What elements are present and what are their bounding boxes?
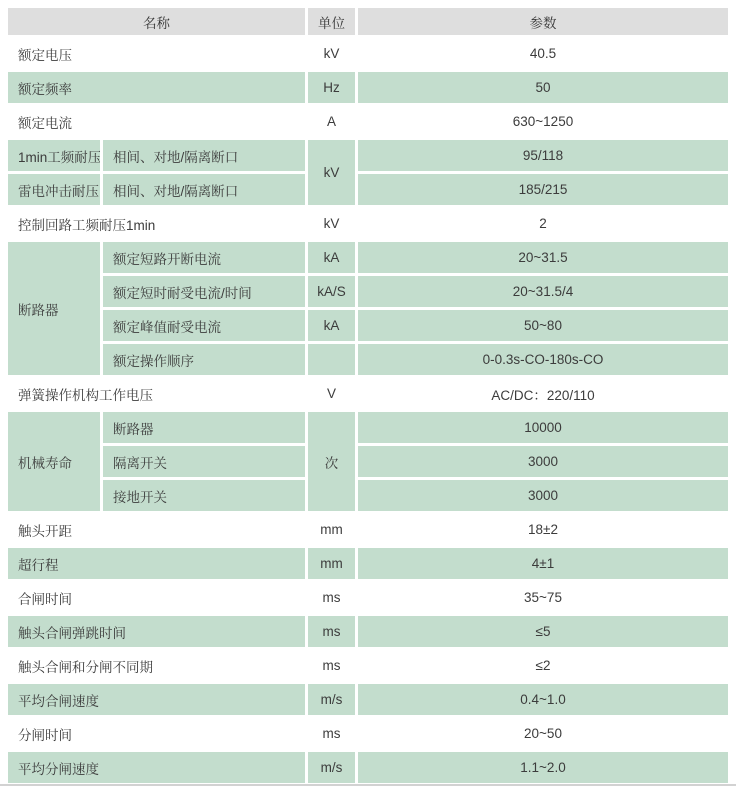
spec-param-cell: ≤2: [358, 650, 728, 681]
spec-name-cell: 平均分闸速度: [8, 752, 305, 783]
spec-param-cell: 3000: [358, 446, 728, 477]
spec-param-cell: 95/118: [358, 140, 728, 171]
header-name: 名称: [8, 8, 305, 35]
spec-unit-cell: m/s: [308, 752, 355, 783]
spec-param-cell: AC/DC：220/110: [358, 378, 728, 409]
spec-name-cell: 超行程: [8, 548, 305, 579]
spec-name-cell: 分闸时间: [8, 718, 305, 749]
spec-unit-cell: ms: [308, 650, 355, 681]
spec-unit-cell: Hz: [308, 72, 355, 103]
spec-param-cell: 20~31.5/4: [358, 276, 728, 307]
spec-name-cell: 1min工频耐压: [8, 140, 100, 171]
table-row: 超行程 mm 4±1: [8, 548, 728, 579]
spec-unit-cell: mm: [308, 514, 355, 545]
table-row: 额定电压 kV 40.5: [8, 38, 728, 69]
spec-name-cell: 接地开关: [103, 480, 305, 511]
table-row: 触头合闸和分闸不同期 ms ≤2: [8, 650, 728, 681]
table-row: 机械寿命 断路器 次 10000: [8, 412, 728, 443]
spec-unit-cell: kV: [308, 140, 355, 205]
spec-name-cell: 弹簧操作机构工作电压: [8, 378, 305, 409]
group-label-cell: 机械寿命: [8, 412, 100, 511]
spec-name-cell: 断路器: [103, 412, 305, 443]
spec-name-cell: 额定峰值耐受电流: [103, 310, 305, 341]
spec-name-cell: 额定频率: [8, 72, 305, 103]
spec-unit-cell: ms: [308, 616, 355, 647]
spec-param-cell: 20~31.5: [358, 242, 728, 273]
spec-param-cell: 4±1: [358, 548, 728, 579]
spec-unit-cell: A: [308, 106, 355, 137]
table-row: 触头开距 mm 18±2: [8, 514, 728, 545]
spec-unit-cell: ms: [308, 582, 355, 613]
spec-name-cell: 触头合闸弹跳时间: [8, 616, 305, 647]
spec-param-cell: 185/215: [358, 174, 728, 205]
table-row: 弹簧操作机构工作电压 V AC/DC：220/110: [8, 378, 728, 409]
spec-unit-cell: V: [308, 378, 355, 409]
spec-param-cell: 1.1~2.0: [358, 752, 728, 783]
spec-param-cell: 50~80: [358, 310, 728, 341]
spec-name-cell: 合闸时间: [8, 582, 305, 613]
spec-param-cell: 2: [358, 208, 728, 239]
table-row: 额定电流 A 630~1250: [8, 106, 728, 137]
spec-unit-cell: ms: [308, 718, 355, 749]
spec-param-cell: 20~50: [358, 718, 728, 749]
spec-name-cell: 触头开距: [8, 514, 305, 545]
spec-name-cell: 控制回路工频耐压1min: [8, 208, 305, 239]
spec-param-cell: 35~75: [358, 582, 728, 613]
spec-scope-cell: 相间、对地/隔离断口: [103, 140, 305, 171]
spec-param-cell: 10000: [358, 412, 728, 443]
header-param: 参数: [358, 8, 728, 35]
spec-unit-cell: kV: [308, 208, 355, 239]
spec-unit-cell: kV: [308, 38, 355, 69]
header-row: 名称 单位 参数: [8, 8, 728, 35]
table-row: 1min工频耐压 相间、对地/隔离断口 kV 95/118: [8, 140, 728, 171]
table-row: 触头合闸弹跳时间 ms ≤5: [8, 616, 728, 647]
spec-table: 名称 单位 参数 额定电压 kV 40.5 额定频率 Hz 50 额定电流 A …: [5, 5, 731, 786]
spec-unit-cell: m/s: [308, 684, 355, 715]
spec-unit-cell: kA/S: [308, 276, 355, 307]
spec-unit-cell: kA: [308, 242, 355, 273]
spec-param-cell: 50: [358, 72, 728, 103]
spec-name-cell: 额定短路开断电流: [103, 242, 305, 273]
spec-param-cell: 0-0.3s-CO-180s-CO: [358, 344, 728, 375]
spec-unit-cell: mm: [308, 548, 355, 579]
table-row: 平均合闸速度 m/s 0.4~1.0: [8, 684, 728, 715]
spec-name-cell: 额定电流: [8, 106, 305, 137]
spec-unit-cell: kA: [308, 310, 355, 341]
table-row: 接地开关 3000: [8, 480, 728, 511]
table-row: 断路器 额定短路开断电流 kA 20~31.5: [8, 242, 728, 273]
table-row: 雷电冲击耐压 相间、对地/隔离断口 185/215: [8, 174, 728, 205]
spec-name-cell: 额定短时耐受电流/时间: [103, 276, 305, 307]
group-label-cell: 断路器: [8, 242, 100, 375]
spec-param-cell: 0.4~1.0: [358, 684, 728, 715]
header-unit: 单位: [308, 8, 355, 35]
table-row: 额定短时耐受电流/时间 kA/S 20~31.5/4: [8, 276, 728, 307]
spec-name-cell: 额定操作顺序: [103, 344, 305, 375]
spec-name-cell: 额定电压: [8, 38, 305, 69]
spec-scope-cell: 相间、对地/隔离断口: [103, 174, 305, 205]
spec-param-cell: 40.5: [358, 38, 728, 69]
bottom-divider: [0, 784, 736, 786]
spec-unit-cell: 次: [308, 412, 355, 511]
table-row: 控制回路工频耐压1min kV 2: [8, 208, 728, 239]
spec-name-cell: 触头合闸和分闸不同期: [8, 650, 305, 681]
spec-param-cell: ≤5: [358, 616, 728, 647]
spec-param-cell: 18±2: [358, 514, 728, 545]
table-row: 额定操作顺序 0-0.3s-CO-180s-CO: [8, 344, 728, 375]
spec-name-cell: 雷电冲击耐压: [8, 174, 100, 205]
spec-name-cell: 平均合闸速度: [8, 684, 305, 715]
table-row: 平均分闸速度 m/s 1.1~2.0: [8, 752, 728, 783]
spec-page: 名称 单位 参数 额定电压 kV 40.5 额定频率 Hz 50 额定电流 A …: [0, 0, 736, 787]
table-row: 隔离开关 3000: [8, 446, 728, 477]
spec-name-cell: 隔离开关: [103, 446, 305, 477]
table-row: 合闸时间 ms 35~75: [8, 582, 728, 613]
spec-param-cell: 630~1250: [358, 106, 728, 137]
spec-unit-cell: [308, 344, 355, 375]
table-row: 额定峰值耐受电流 kA 50~80: [8, 310, 728, 341]
table-row: 额定频率 Hz 50: [8, 72, 728, 103]
spec-param-cell: 3000: [358, 480, 728, 511]
table-row: 分闸时间 ms 20~50: [8, 718, 728, 749]
